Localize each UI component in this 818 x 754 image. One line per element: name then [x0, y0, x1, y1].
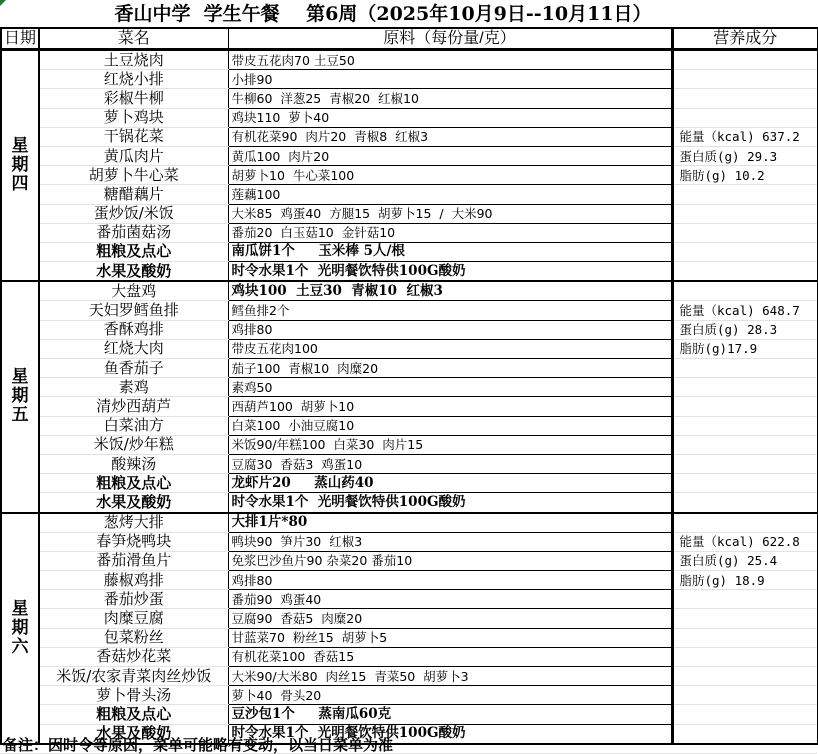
nutrition-cell: [672, 223, 818, 242]
table-row: 粗粮及点心 豆沙包1个 蒸南瓜60克: [1, 705, 818, 724]
ingredients: 素鸡50: [228, 378, 672, 397]
ingredients: 免浆巴沙鱼片90 杂菜20 番茄10: [228, 551, 672, 570]
ingredients: 黄瓜100 肉片20: [228, 146, 672, 165]
table-row: 水果及酸奶 时令水果1个 光明餐饮特供100G酸奶: [1, 262, 818, 282]
dish-name: 粗粮及点心: [39, 474, 228, 493]
nutrition-cell: [672, 609, 818, 628]
ingredients: 鸭块90 笋片30 红椒3: [228, 532, 672, 551]
dish-name: 米饭/农家青菜肉丝炒饭: [39, 667, 228, 686]
nutrition-energy: 能量（kcal) 648.7: [672, 301, 818, 320]
nutrition-cell: [672, 474, 818, 493]
ingredients: 带皮五花肉70 土豆50: [228, 50, 672, 70]
dish-name: 土豆烧肉: [39, 50, 228, 70]
nutrition-cell: [672, 89, 818, 108]
nutrition-cell: [672, 435, 818, 454]
nutrition-cell: [672, 378, 818, 397]
footer-note: 备注：因时令等原因，菜单可能略有变动，以当日菜单为准: [0, 736, 817, 754]
nutrition-cell: [672, 705, 818, 724]
nutrition-energy: 能量（kcal) 637.2: [672, 127, 818, 146]
day-label-thursday: 星期四: [1, 50, 39, 282]
dish-name: 酸辣汤: [39, 454, 228, 473]
table-row: 黄瓜肉片 黄瓜100 肉片20 蛋白质(g) 29.3: [1, 146, 818, 165]
ingredients: 鸡块110 萝卜40: [228, 108, 672, 127]
ingredients: 时令水果1个 光明餐饮特供100G酸奶: [228, 493, 672, 513]
ingredients: 豆腐90 香菇5 肉糜20: [228, 609, 672, 628]
dish-name: 天妇罗鳕鱼排: [39, 301, 228, 320]
table-row: 红烧小排 小排90: [1, 70, 818, 89]
ingredients: 大米85 鸡蛋40 方腿15 胡萝卜15 / 大米90: [228, 204, 672, 223]
nutrition-cell: [672, 242, 818, 261]
ingredients: 鸡排80: [228, 571, 672, 590]
dish-name: 包菜粉丝: [39, 628, 228, 647]
table-row: 萝卜鸡块 鸡块110 萝卜40: [1, 108, 818, 127]
dish-name: 黄瓜肉片: [39, 146, 228, 165]
ingredients: 萝卜40 骨头20: [228, 686, 672, 705]
ingredients: 时令水果1个 光明餐饮特供100G酸奶: [228, 262, 672, 282]
table-row: 肉糜豆腐 豆腐90 香菇5 肉糜20: [1, 609, 818, 628]
table-row: 彩椒牛柳 牛柳60 洋葱25 青椒20 红椒10: [1, 89, 818, 108]
nutrition-cell: [672, 204, 818, 223]
dish-name: 春笋烧鸭块: [39, 532, 228, 551]
nutrition-cell: [672, 454, 818, 473]
day-label-friday: 星期五: [1, 281, 39, 512]
ingredients: 豆沙包1个 蒸南瓜60克: [228, 705, 672, 724]
dish-name: 红烧大肉: [39, 339, 228, 358]
table-row: 糖醋藕片 莲藕100: [1, 185, 818, 204]
table-row: 水果及酸奶 时令水果1个 光明餐饮特供100G酸奶: [1, 493, 818, 513]
table-row: 素鸡 素鸡50: [1, 378, 818, 397]
ingredients: 鸡块100 土豆30 青椒10 红椒3: [228, 281, 672, 301]
ingredients: 白菜100 小油豆腐10: [228, 416, 672, 435]
table-row: 番茄炒蛋 番茄90 鸡蛋40: [1, 590, 818, 609]
table-row: 星期四 土豆烧肉 带皮五花肉70 土豆50: [1, 50, 818, 70]
table-row: 藤椒鸡排 鸡排80 脂肪(g) 18.9: [1, 571, 818, 590]
table-row: 白菜油方 白菜100 小油豆腐10: [1, 416, 818, 435]
table-row: 星期五 大盘鸡 鸡块100 土豆30 青椒10 红椒3: [1, 281, 818, 301]
dish-name: 清炒西葫芦: [39, 397, 228, 416]
header-ingredients: 原料（每份量/克）: [228, 28, 672, 50]
nutrition-cell: [672, 513, 818, 533]
dish-name: 干锅花菜: [39, 127, 228, 146]
ingredients: 南瓜饼1个 玉米棒 5人/根: [228, 242, 672, 261]
ingredients: 带皮五花肉100: [228, 339, 672, 358]
nutrition-cell: [672, 262, 818, 282]
table-row: 星期六 葱烤大排 大排1片*80: [1, 513, 818, 533]
header-row: 日期 菜名 原料（每份量/克） 营养成分: [1, 28, 818, 50]
table-row: 香酥鸡排 鸡排80 蛋白质(g) 28.3: [1, 320, 818, 339]
dish-name: 红烧小排: [39, 70, 228, 89]
dish-name: 米饭/炒年糕: [39, 435, 228, 454]
ingredients: 有机花菜100 香菇15: [228, 647, 672, 666]
nutrition-cell: [672, 590, 818, 609]
dish-name: 萝卜鸡块: [39, 108, 228, 127]
nutrition-protein: 蛋白质(g) 25.4: [672, 551, 818, 570]
day-label: 星期六: [11, 600, 29, 657]
dish-name: 萝卜骨头汤: [39, 686, 228, 705]
page-title: 香山中学 学生午餐 第6周（2025年10月9日--10月11日）: [0, 2, 766, 27]
dish-name: 香酥鸡排: [39, 320, 228, 339]
nutrition-cell: [672, 647, 818, 666]
day-label-saturday: 星期六: [1, 513, 39, 744]
dish-name: 白菜油方: [39, 416, 228, 435]
table-row: 红烧大肉 带皮五花肉100 脂肪(g)17.9: [1, 339, 818, 358]
dish-name: 彩椒牛柳: [39, 89, 228, 108]
dish-name: 粗粮及点心: [39, 242, 228, 261]
ingredients: 番茄90 鸡蛋40: [228, 590, 672, 609]
nutrition-cell: [672, 397, 818, 416]
ingredients: 鳕鱼排2个: [228, 301, 672, 320]
table-row: 酸辣汤 豆腐30 香菇3 鸡蛋10: [1, 454, 818, 473]
table-row: 干锅花菜 有机花菜90 肉片20 青椒8 红椒3 能量（kcal) 637.2: [1, 127, 818, 146]
ingredients: 米饭90/年糕100 白菜30 肉片15: [228, 435, 672, 454]
ingredients: 胡萝卜10 牛心菜100: [228, 166, 672, 185]
nutrition-cell: [672, 493, 818, 513]
dish-name: 番茄菌菇汤: [39, 223, 228, 242]
table-row: 粗粮及点心 南瓜饼1个 玉米棒 5人/根: [1, 242, 818, 261]
nutrition-cell: [672, 359, 818, 378]
ingredients: 小排90: [228, 70, 672, 89]
table-row: 番茄菌菇汤 番茄20 白玉菇10 金针菇10: [1, 223, 818, 242]
table-row: 番茄滑鱼片 免浆巴沙鱼片90 杂菜20 番茄10 蛋白质(g) 25.4: [1, 551, 818, 570]
ingredients: 甘蓝菜70 粉丝15 胡萝卜5: [228, 628, 672, 647]
nutrition-fat: 脂肪(g) 18.9: [672, 571, 818, 590]
header-nutrition: 营养成分: [672, 28, 818, 50]
table-row: 粗粮及点心 龙虾片20 蒸山药40: [1, 474, 818, 493]
nutrition-cell: [672, 686, 818, 705]
nutrition-cell: [672, 628, 818, 647]
nutrition-fat: 脂肪(g)17.9: [672, 339, 818, 358]
dish-name: 粗粮及点心: [39, 705, 228, 724]
dish-name: 素鸡: [39, 378, 228, 397]
ingredients: 鸡排80: [228, 320, 672, 339]
dish-name: 鱼香茄子: [39, 359, 228, 378]
table-row: 鱼香茄子 茄子100 青椒10 肉糜20: [1, 359, 818, 378]
ingredients: 大排1片*80: [228, 513, 672, 533]
nutrition-cell: [672, 416, 818, 435]
dish-name: 葱烤大排: [39, 513, 228, 533]
table-row: 米饭/炒年糕 米饭90/年糕100 白菜30 肉片15: [1, 435, 818, 454]
nutrition-cell: [672, 108, 818, 127]
nutrition-cell: [672, 281, 818, 301]
nutrition-cell: [672, 185, 818, 204]
ingredients: 牛柳60 洋葱25 青椒20 红椒10: [228, 89, 672, 108]
ingredients: 番茄20 白玉菇10 金针菇10: [228, 223, 672, 242]
table-row: 胡萝卜牛心菜 胡萝卜10 牛心菜100 脂肪(g) 10.2: [1, 166, 818, 185]
dish-name: 糖醋藕片: [39, 185, 228, 204]
ingredients: 豆腐30 香菇3 鸡蛋10: [228, 454, 672, 473]
dish-name: 蛋炒饭/米饭: [39, 204, 228, 223]
table-row: 清炒西葫芦 西葫芦100 胡萝卜10: [1, 397, 818, 416]
table-row: 春笋烧鸭块 鸭块90 笋片30 红椒3 能量（kcal) 622.8: [1, 532, 818, 551]
header-dish: 菜名: [39, 28, 228, 50]
dish-name: 胡萝卜牛心菜: [39, 166, 228, 185]
nutrition-protein: 蛋白质(g) 29.3: [672, 146, 818, 165]
day-label: 星期五: [11, 368, 29, 425]
ingredients: 大米90/大米80 肉丝15 青菜50 胡萝卜3: [228, 667, 672, 686]
dish-name: 肉糜豆腐: [39, 609, 228, 628]
ingredients: 茄子100 青椒10 肉糜20: [228, 359, 672, 378]
dish-name: 藤椒鸡排: [39, 571, 228, 590]
dish-name: 香菇炒花菜: [39, 647, 228, 666]
nutrition-fat: 脂肪(g) 10.2: [672, 166, 818, 185]
table-row: 米饭/农家青菜肉丝炒饭 大米90/大米80 肉丝15 青菜50 胡萝卜3: [1, 667, 818, 686]
dish-name: 番茄滑鱼片: [39, 551, 228, 570]
ingredients: 有机花菜90 肉片20 青椒8 红椒3: [228, 127, 672, 146]
header-date: 日期: [1, 28, 39, 50]
table-row: 萝卜骨头汤 萝卜40 骨头20: [1, 686, 818, 705]
table-row: 香菇炒花菜 有机花菜100 香菇15: [1, 647, 818, 666]
table-row: 天妇罗鳕鱼排 鳕鱼排2个 能量（kcal) 648.7: [1, 301, 818, 320]
dish-name: 大盘鸡: [39, 281, 228, 301]
ingredients: 莲藕100: [228, 185, 672, 204]
ingredients: 西葫芦100 胡萝卜10: [228, 397, 672, 416]
nutrition-cell: [672, 70, 818, 89]
nutrition-protein: 蛋白质(g) 28.3: [672, 320, 818, 339]
nutrition-cell: [672, 50, 818, 70]
dish-name: 番茄炒蛋: [39, 590, 228, 609]
nutrition-cell: [672, 667, 818, 686]
table-row: 包菜粉丝 甘蓝菜70 粉丝15 胡萝卜5: [1, 628, 818, 647]
day-label: 星期四: [11, 137, 29, 194]
table-row: 蛋炒饭/米饭 大米85 鸡蛋40 方腿15 胡萝卜15 / 大米90: [1, 204, 818, 223]
menu-table: 日期 菜名 原料（每份量/克） 营养成分 星期四 土豆烧肉 带皮五花肉70 土豆…: [0, 27, 818, 745]
ingredients: 龙虾片20 蒸山药40: [228, 474, 672, 493]
dish-name: 水果及酸奶: [39, 493, 228, 513]
dish-name: 水果及酸奶: [39, 262, 228, 282]
nutrition-energy: 能量（kcal) 622.8: [672, 532, 818, 551]
